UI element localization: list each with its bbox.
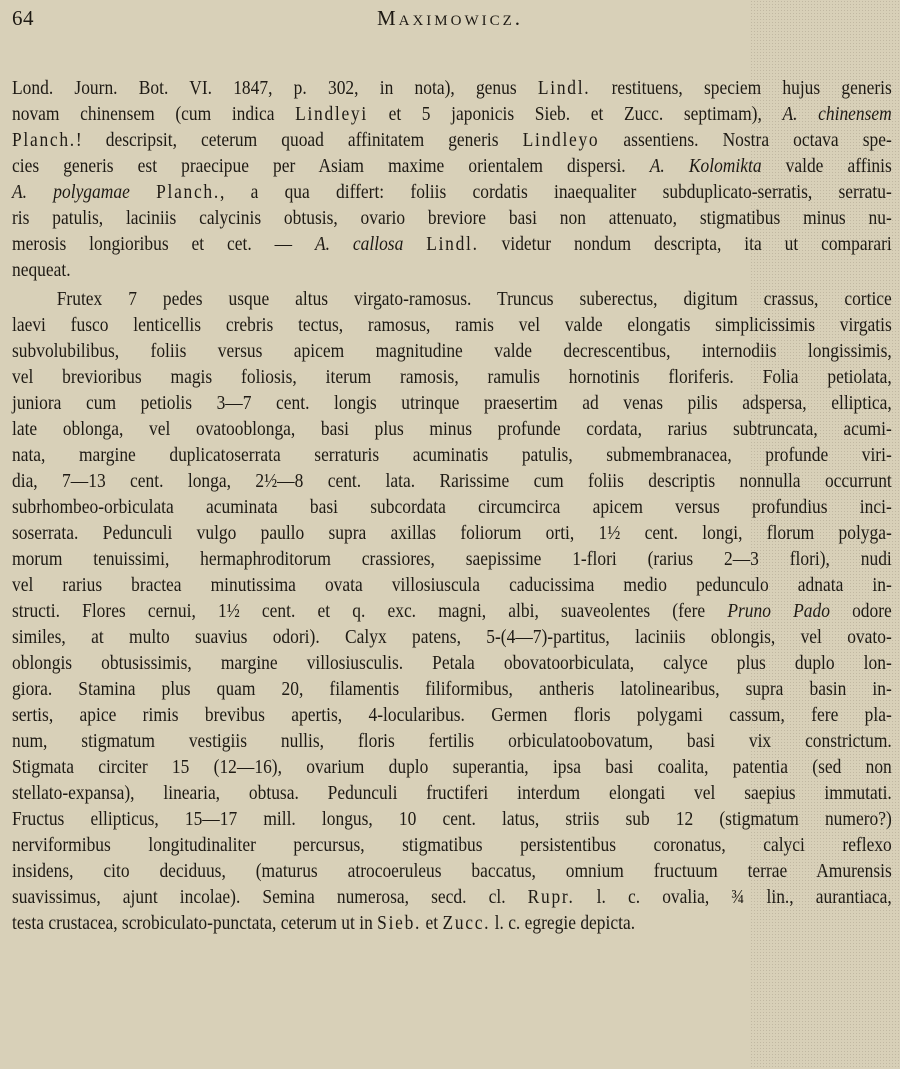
text-line: cies generis est praecipue per Asiam max… xyxy=(12,153,892,179)
text-segment: dia, 7—13 cent. longa, 2½—8 cent. lata. … xyxy=(12,470,892,492)
text-line: subvolubilibus, foliis versus apicem mag… xyxy=(12,338,892,364)
spaced-author: Lindl. xyxy=(426,233,478,255)
text-line: vel rarius bractea minutissima ovata vil… xyxy=(12,572,892,598)
text-segment: subvolubilibus, foliis versus apicem mag… xyxy=(12,340,892,362)
text-segment: assentiens. Nostra octava spe- xyxy=(599,129,891,151)
text-line: juniora cum petiolis 3—7 cent. longis ut… xyxy=(12,390,892,416)
text-segment: soserrata. Pedunculi vulgo paullo supra … xyxy=(12,522,892,544)
text-line: Stigmata circiter 15 (12—16), ovarium du… xyxy=(12,754,892,780)
text-segment: laevi fusco lenticellis crebris tectus, … xyxy=(12,314,892,336)
text-line: nerviformibus longitudinaliter percursus… xyxy=(12,832,892,858)
text-segment: juniora cum petiolis 3—7 cent. longis ut… xyxy=(12,392,892,414)
text-line: Lond. Journ. Bot. VI. 1847, p. 302, in n… xyxy=(12,75,892,101)
text-line: morum tenuissimi, hermaphroditorum crass… xyxy=(12,546,892,572)
text-segment: nequeat. xyxy=(12,259,71,281)
text-segment: Lond. Journ. Bot. VI. 1847, p. 302, in n… xyxy=(12,77,538,99)
text-segment: vel brevioribus magis foliosis, iterum r… xyxy=(12,366,892,388)
spaced-author: Zucc. xyxy=(442,912,490,934)
text-segment: valde affinis xyxy=(762,155,892,177)
page-body: Lond. Journ. Bot. VI. 1847, p. 302, in n… xyxy=(12,75,892,936)
text-line: vel brevioribus magis foliosis, iterum r… xyxy=(12,364,892,390)
spaced-author: Lindleyi xyxy=(295,103,368,125)
text-segment: sertis, apice rimis brevibus apertis, 4-… xyxy=(12,704,892,726)
text-line: dia, 7—13 cent. longa, 2½—8 cent. lata. … xyxy=(12,468,892,494)
text-line: oblongis obtusissimis, margine villosius… xyxy=(12,650,892,676)
text-segment: num, stigmatum vestigiis nullis, floris … xyxy=(12,730,892,752)
spaced-author: Planch. xyxy=(12,129,76,151)
text-segment: Stigmata circiter 15 (12—16), ovarium du… xyxy=(12,756,892,778)
text-segment: suavissimus, ajunt incolae). Semina nume… xyxy=(12,886,528,908)
text-line: subrhombeo-orbiculata acuminata basi sub… xyxy=(12,494,892,520)
spaced-author: Sieb. xyxy=(377,912,421,934)
text-segment: ris patulis, laciniis calycinis obtusis,… xyxy=(12,207,892,229)
text-segment: ! descripsit, ceterum quoad affinitatem … xyxy=(76,129,523,151)
text-segment xyxy=(130,181,156,203)
text-line: nequeat. xyxy=(12,257,892,283)
text-segment: l. c. egregie depicta. xyxy=(490,912,635,934)
text-segment: merosis longioribus et cet. — xyxy=(12,233,315,255)
text-line: structi. Flores cernui, 1½ cent. et q. e… xyxy=(12,598,892,624)
text-line: stellato-expansa), linearia, obtusa. Ped… xyxy=(12,780,892,806)
text-line: late oblonga, vel ovatooblonga, basi plu… xyxy=(12,416,892,442)
text-line: novam chinensem (cum indica Lindleyi et … xyxy=(12,101,892,127)
text-segment: restituens, speciem hujus generis xyxy=(590,77,891,99)
running-head: Maximowicz. xyxy=(0,6,900,31)
text-segment xyxy=(403,233,426,255)
spaced-author: Lindl. xyxy=(538,77,590,99)
page-header: 64 Maximowicz. xyxy=(0,6,900,36)
text-segment: et 5 japonicis Sieb. et Zucc. septimam), xyxy=(368,103,783,125)
text-segment: morum tenuissimi, hermaphroditorum crass… xyxy=(12,548,892,570)
text-segment: odore xyxy=(830,600,892,622)
text-line: similes, at multo suavius odori). Calyx … xyxy=(12,624,892,650)
scanned-page: 64 Maximowicz. Lond. Journ. Bot. VI. 184… xyxy=(0,0,900,1069)
text-segment: , a qua differt: foliis cordatis inaequa… xyxy=(220,181,892,203)
text-line: Fructus ellipticus, 15—17 mill. longus, … xyxy=(12,806,892,832)
text-line: ris patulis, laciniis calycinis obtusis,… xyxy=(12,205,892,231)
text-segment: l. c. ovalia, ¾ lin., aurantiaca, xyxy=(575,886,892,908)
italic-taxon: A. polygamae xyxy=(12,181,130,203)
text-segment: videtur nondum descripta, ita ut compara… xyxy=(479,233,892,255)
text-line: Frutex 7 pedes usque altus virgato-ramos… xyxy=(12,286,892,312)
text-segment: subrhombeo-orbiculata acuminata basi sub… xyxy=(12,496,892,518)
spaced-author: Planch. xyxy=(156,181,220,203)
text-line: insidens, cito deciduus, (maturus atroco… xyxy=(12,858,892,884)
text-segment: stellato-expansa), linearia, obtusa. Ped… xyxy=(12,782,892,804)
text-segment: structi. Flores cernui, 1½ cent. et q. e… xyxy=(12,600,727,622)
text-segment: nerviformibus longitudinaliter percursus… xyxy=(12,834,892,856)
text-segment: et xyxy=(421,912,442,934)
text-segment: insidens, cito deciduus, (maturus atroco… xyxy=(12,860,892,882)
italic-taxon: A. Kolomikta xyxy=(650,155,762,177)
text-line: soserrata. Pedunculi vulgo paullo supra … xyxy=(12,520,892,546)
text-segment: giora. Stamina plus quam 20, filamentis … xyxy=(12,678,892,700)
text-line: Planch.! descripsit, ceterum quoad affin… xyxy=(12,127,892,153)
paragraph: Lond. Journ. Bot. VI. 1847, p. 302, in n… xyxy=(12,75,892,283)
text-line: num, stigmatum vestigiis nullis, floris … xyxy=(12,728,892,754)
text-segment: cies generis est praecipue per Asiam max… xyxy=(12,155,650,177)
text-segment: nata, margine duplicatoserrata serraturi… xyxy=(12,444,892,466)
italic-taxon: A. chinensem xyxy=(782,103,891,125)
text-line: suavissimus, ajunt incolae). Semina nume… xyxy=(12,884,892,910)
text-segment: Frutex 7 pedes usque altus virgato-ramos… xyxy=(57,288,892,310)
text-line: giora. Stamina plus quam 20, filamentis … xyxy=(12,676,892,702)
text-line: laevi fusco lenticellis crebris tectus, … xyxy=(12,312,892,338)
spaced-author: Rupr. xyxy=(528,886,575,908)
italic-taxon: Pruno Pado xyxy=(727,600,830,622)
text-line: sertis, apice rimis brevibus apertis, 4-… xyxy=(12,702,892,728)
italic-taxon: A. callosa xyxy=(315,233,403,255)
text-segment: vel rarius bractea minutissima ovata vil… xyxy=(12,574,892,596)
text-line: nata, margine duplicatoserrata serraturi… xyxy=(12,442,892,468)
text-segment: novam chinensem (cum indica xyxy=(12,103,295,125)
spaced-author: Lindleyo xyxy=(523,129,600,151)
text-line: merosis longioribus et cet. — A. callosa… xyxy=(12,231,892,257)
text-line: A. polygamae Planch., a qua differt: fol… xyxy=(12,179,892,205)
text-segment: late oblonga, vel ovatooblonga, basi plu… xyxy=(12,418,892,440)
paragraph: Frutex 7 pedes usque altus virgato-ramos… xyxy=(12,286,892,936)
text-segment: oblongis obtusissimis, margine villosius… xyxy=(12,652,892,674)
text-segment: similes, at multo suavius odori). Calyx … xyxy=(12,626,892,648)
text-line: testa crustacea, scrobiculato-punctata, … xyxy=(12,910,892,936)
text-segment: testa crustacea, scrobiculato-punctata, … xyxy=(12,912,377,934)
text-segment: Fructus ellipticus, 15—17 mill. longus, … xyxy=(12,808,892,830)
